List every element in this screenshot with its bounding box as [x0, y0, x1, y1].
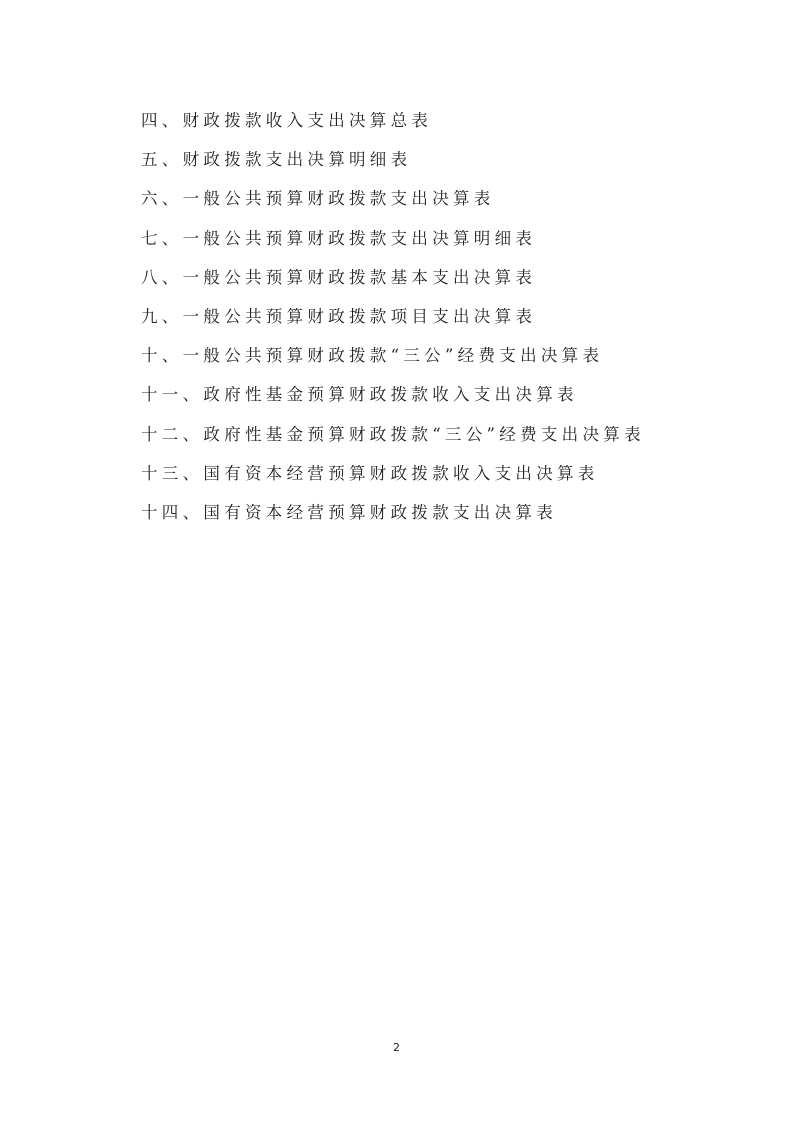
toc-item-10: 十、一般公共预算财政拨款“三公”经费支出决算表 — [141, 343, 645, 382]
toc-item-9: 九、一般公共预算财政拨款项目支出决算表 — [141, 304, 645, 343]
toc-item-5: 五、财政拨款支出决算明细表 — [141, 147, 645, 186]
toc-item-14: 十四、国有资本经营预算财政拨款支出决算表 — [141, 500, 645, 539]
toc-item-13: 十三、国有资本经营预算财政拨款收入支出决算表 — [141, 461, 645, 500]
toc-item-11: 十一、政府性基金预算财政拨款收入支出决算表 — [141, 382, 645, 421]
page-number: 2 — [0, 1041, 793, 1054]
toc-item-7: 七、一般公共预算财政拨款支出决算明细表 — [141, 226, 645, 265]
table-of-contents-list: 四、财政拨款收入支出决算总表 五、财政拨款支出决算明细表 六、一般公共预算财政拨… — [141, 108, 645, 539]
toc-item-6: 六、一般公共预算财政拨款支出决算表 — [141, 186, 645, 225]
toc-item-4: 四、财政拨款收入支出决算总表 — [141, 108, 645, 147]
document-page: 四、财政拨款收入支出决算总表 五、财政拨款支出决算明细表 六、一般公共预算财政拨… — [0, 0, 793, 1122]
toc-item-8: 八、一般公共预算财政拨款基本支出决算表 — [141, 265, 645, 304]
toc-item-12: 十二、政府性基金预算财政拨款“三公”经费支出决算表 — [141, 422, 645, 461]
